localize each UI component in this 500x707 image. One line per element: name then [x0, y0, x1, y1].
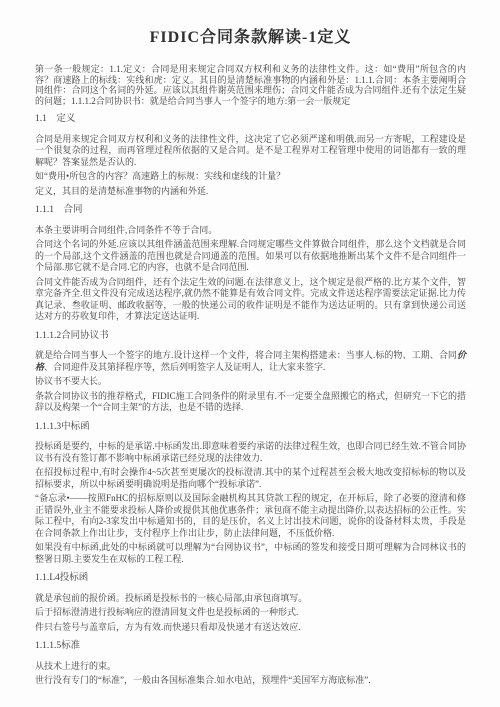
paragraph: 如“费用•所包含的内容？高速路上的标规：实线和虚线的计量？ — [35, 171, 466, 183]
section-heading: 1.1.1.2合同协议书 — [35, 331, 466, 343]
paragraph: 如果没有中标函,此处的中标函就可以理解为“台网协议书”，中标函的签发和接受日期可… — [35, 542, 466, 565]
paragraph: 后于招标澄清进行投标响应的澄清回复文件也是投标函的一种形式. — [35, 607, 466, 619]
section-heading: 1.1.1.5标准 — [35, 641, 466, 653]
paragraph: 件只右签号与盖章后，方为有效.而快递只看却及快递才有送达效应. — [35, 622, 466, 634]
section-heading: 1.1 定义 — [35, 114, 466, 126]
paragraph: 从技术上进行的束。 — [35, 661, 466, 673]
paragraph: “备忘录•——按照FnHC的招标原则以及国际金融机构其其贷款工程的规定，在开标后… — [35, 493, 466, 539]
paragraph: 本条主要讲明合同组件,合同条件不等于合同。 — [35, 225, 466, 237]
section-heading: 1.1.1 合同 — [35, 205, 466, 217]
document-title: FIDIC合同条款解读-1定义 — [35, 28, 466, 48]
paragraph: 定义，其目的是清楚标准事物的内涵和外延. — [35, 186, 466, 198]
paragraph: 合同是用来规定合同双方权利和义务的法律性文件，这决定了它必须严遂和明俄.而另一方… — [35, 134, 466, 169]
text-segment: 就是给合同当事人一个签字的地方.设计这样一个文件，将合同主架构搭建未：当事人.标… — [35, 350, 457, 360]
paragraph: 合同文件能否成为合同组件，还有个法定生效的问题.在法律意义上，这个规定是很严格的… — [35, 277, 466, 323]
document-body: 第一条一般规定：1.1.定义：合同是用来规定合同双方权利和义务的法律性文件。这：… — [35, 64, 466, 687]
paragraph: 合同这个名词的外延.应该以其组件涵盖范围来理解.合同规定哪些文件算做合同组件，那… — [35, 239, 466, 274]
paragraph: 协议书不要大长。 — [35, 376, 466, 388]
section-heading: 1.1.L4投标函 — [35, 573, 466, 585]
paragraph: 第一条一般规定：1.1.定义：合同是用来规定合同双方权利和义务的法律性文件。这：… — [35, 64, 466, 106]
paragraph: 条款合同协议书的推荐格式，FIDIC施工合同条件的附录里有.不一定要全盘照搬它的… — [35, 391, 466, 414]
paragraph: 就是给合同当事人一个签字的地方.设计这样一个文件，将合同主架构搭建未：当事人.标… — [35, 350, 466, 373]
paragraph: 投标函是要约，中标的是承诺.中标函发出.即意味着要约承诺的法律过程生效，也即合同… — [35, 441, 466, 464]
section-heading: 1.1.1.3中标函 — [35, 422, 466, 434]
paragraph: 世行没有专门的“标准”，一般由各国标准集合.如水电站，预埋件“美国军方海底标准”… — [35, 675, 466, 687]
document-page: FIDIC合同条款解读-1定义 第一条一般规定：1.1.定义：合同是用来规定合同… — [0, 0, 500, 707]
text-segment: 、合同迎件及其第择程序等，然后列明签字人及证明人，让大家来签字. — [44, 362, 325, 372]
paragraph: 在招投标过程中,有时会操作4~5次甚至更屡次的投标澄清.其中的某个过程甚至会极大… — [35, 467, 466, 490]
paragraph: 就是承包前的报价函。投标函是投标书的一核心局部,由承包商填写。 — [35, 593, 466, 605]
